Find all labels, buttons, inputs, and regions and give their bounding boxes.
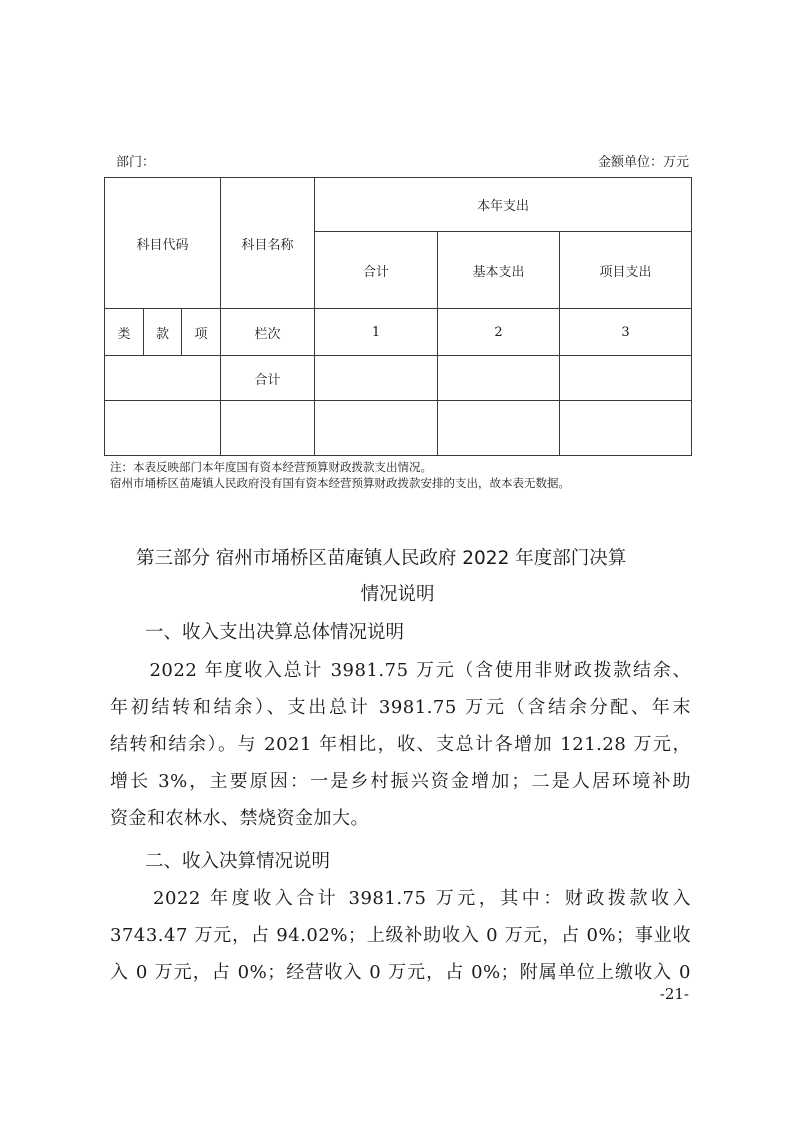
- paragraph-line: 增长 3%，主要原因：一是乡村振兴资金增加；二是人居环境补助: [110, 763, 691, 800]
- empty-row-code: [105, 401, 221, 456]
- section-2-paragraph: 2022 年度收入合计 3981.75 万元，其中：财政拨款收入 3743.47…: [110, 880, 691, 991]
- department-label: 部门：: [116, 151, 155, 170]
- paragraph-line: 2022 年度收入合计 3981.75 万元，其中：财政拨款收入: [110, 880, 691, 917]
- part-title-line-2: 情况说明: [104, 577, 691, 613]
- header-current-year-expense: 本年支出: [315, 178, 692, 232]
- total-row-col-3: [560, 356, 692, 401]
- paragraph-line: 结转和结余）。与 2021 年相比，收、支总计各增加 121.28 万元，: [110, 726, 691, 763]
- header-basic-expense: 基本支出: [438, 232, 560, 309]
- page-number: -21-: [660, 985, 689, 1003]
- index-col-1: 1: [315, 309, 438, 356]
- section-2-heading: 二、收入决算情况说明: [145, 847, 330, 873]
- empty-row: [105, 401, 692, 456]
- total-row-col-1: [315, 356, 438, 401]
- index-class: 类: [105, 309, 144, 356]
- total-row-code: [105, 356, 221, 401]
- table-note: 注：本表反映部门本年度国有资本经营预算财政拨款支出情况。: [110, 460, 432, 475]
- table-no-data-note: 宿州市埇桥区苗庵镇人民政府没有国有资本经营预算财政拨款安排的支出，故本表无数据。: [110, 476, 570, 491]
- index-col-3: 3: [560, 309, 692, 356]
- index-col-2: 2: [438, 309, 560, 356]
- state-capital-expense-table: 科目代码 科目名称 本年支出 合计 基本支出 项目支出 类 款 项 栏次 1 2…: [104, 177, 692, 456]
- paragraph-line: 3743.47 万元，占 94.02%；上级补助收入 0 万元，占 0%；事业收: [110, 917, 691, 954]
- index-row: 类 款 项 栏次 1 2 3: [105, 309, 692, 356]
- header-total: 合计: [315, 232, 438, 309]
- total-row: 合计: [105, 356, 692, 401]
- paragraph-line: 入 0 万元，占 0%；经营收入 0 万元，占 0%；附属单位上缴收入 0: [110, 954, 691, 991]
- total-row-label: 合计: [221, 356, 315, 401]
- header-subject-name: 科目名称: [221, 178, 315, 309]
- paragraph-line: 2022 年度收入总计 3981.75 万元（含使用非财政拨款结余、: [110, 652, 691, 689]
- amount-unit-label: 金额单位：万元: [598, 151, 689, 170]
- header-subject-code: 科目代码: [105, 178, 221, 309]
- section-1-heading: 一、收入支出决算总体情况说明: [145, 618, 404, 644]
- paragraph-line: 资金和农林水、禁烧资金加大。: [110, 800, 691, 837]
- part-title-line-1: 第三部分 宿州市埇桥区苗庵镇人民政府 2022 年度部门决算: [104, 541, 691, 577]
- total-row-col-2: [438, 356, 560, 401]
- index-section: 款: [144, 309, 182, 356]
- section-1-paragraph: 2022 年度收入总计 3981.75 万元（含使用非财政拨款结余、 年初结转和…: [110, 652, 691, 837]
- paragraph-line: 年初结转和结余）、支出总计 3981.75 万元（含结余分配、年末: [110, 689, 691, 726]
- empty-row-col-3: [560, 401, 692, 456]
- index-column-no: 栏次: [221, 309, 315, 356]
- empty-row-name: [221, 401, 315, 456]
- index-item: 项: [182, 309, 221, 356]
- empty-row-col-2: [438, 401, 560, 456]
- header-project-expense: 项目支出: [560, 232, 692, 309]
- empty-row-col-1: [315, 401, 438, 456]
